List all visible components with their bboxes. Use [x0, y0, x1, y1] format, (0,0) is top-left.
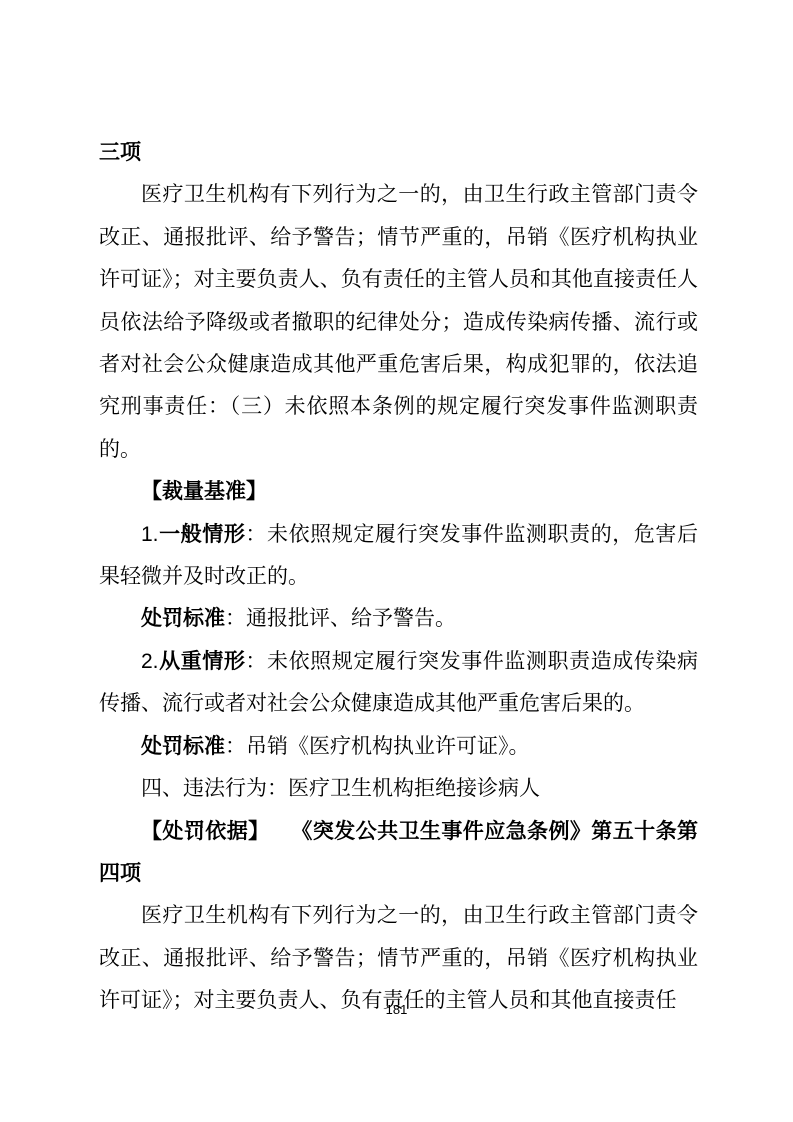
- bold-text-run: 三项: [99, 141, 141, 164]
- paragraph: 【处罚依据】 《突发公共卫生事件应急条例》第五十条第四项: [99, 811, 698, 896]
- bold-text-run: 处罚标准: [141, 735, 225, 758]
- bold-text-run: 从重情形: [159, 650, 246, 673]
- text-run: 医疗卫生机构有下列行为之一的，由卫生行政主管部门责令改正、通报批评、给予警告；情…: [99, 183, 698, 460]
- bold-text-run: 处罚标准: [141, 607, 225, 630]
- paragraph: 【裁量基准】: [99, 471, 698, 513]
- bold-text-run: 一般情形: [159, 523, 246, 546]
- text-run: 2.: [141, 650, 159, 673]
- text-run: 四、违法行为：医疗卫生机构拒绝接诊病人: [141, 777, 540, 800]
- paragraph: 处罚标准：通报批评、给予警告。: [99, 598, 698, 640]
- paragraph: 1.一般情形：未依照规定履行突发事件监测职责的，危害后果轻微并及时改正的。: [99, 514, 698, 599]
- text-run: ：通报批评、给予警告。: [225, 607, 456, 630]
- text-run: ：吊销《医疗机构执业许可证》。: [225, 735, 530, 758]
- paragraph: 2.从重情形：未依照规定履行突发事件监测职责造成传染病传播、流行或者对社会公众健…: [99, 641, 698, 726]
- paragraph: 三项: [99, 132, 698, 174]
- paragraph: 医疗卫生机构有下列行为之一的，由卫生行政主管部门责令改正、通报批评、给予警告；情…: [99, 174, 698, 471]
- text-run: 医疗卫生机构有下列行为之一的，由卫生行政主管部门责令改正、通报批评、给予警告；情…: [99, 904, 698, 1012]
- document-body: 三项医疗卫生机构有下列行为之一的，由卫生行政主管部门责令改正、通报批评、给予警告…: [99, 132, 698, 1023]
- bold-text-run: 【处罚依据】 《突发公共卫生事件应急条例》第五十条第四项: [99, 820, 698, 885]
- document-page: 三项医疗卫生机构有下列行为之一的，由卫生行政主管部门责令改正、通报批评、给予警告…: [0, 0, 793, 1122]
- bold-text-run: 【裁量基准】: [141, 480, 267, 503]
- paragraph: 处罚标准：吊销《医疗机构执业许可证》。: [99, 726, 698, 768]
- paragraph: 四、违法行为：医疗卫生机构拒绝接诊病人: [99, 768, 698, 810]
- text-run: 1.: [141, 523, 159, 546]
- page-number: 181: [0, 1001, 793, 1018]
